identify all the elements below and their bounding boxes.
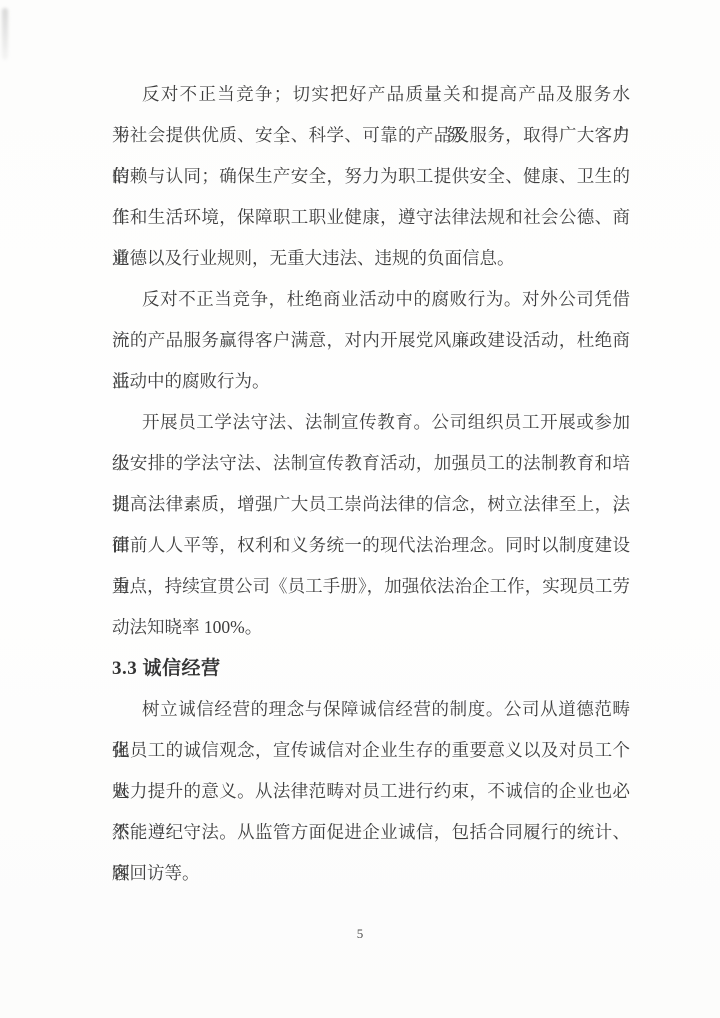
text-line: 反对不正当竞争；切实把好产品质量关和提高产品及服务水平，努力 — [112, 74, 630, 115]
paragraph: 开展员工学法守法、法制宣传教育。公司组织员工开展或参加上级安排的学法守法、法制宣… — [112, 402, 630, 648]
page-number: 5 — [0, 926, 720, 942]
text-line: 开展员工学法守法、法制宣传教育。公司组织员工开展或参加上 — [112, 402, 630, 443]
text-line: 作和生活环境，保障职工职业健康，遵守法律法规和社会公德、商业 — [112, 197, 630, 238]
paragraph: 树立诚信经营的理念与保障诚信经营的制度。公司从道德范畴强化员工的诚信观念，宣传诚… — [112, 689, 630, 894]
text-line: 化员工的诚信观念，宣传诚信对企业生存的重要意义以及对员工个人 — [112, 730, 630, 771]
text-line: 动法知晓率 100%。 — [112, 607, 630, 648]
text-content: 反对不正当竞争；切实把好产品质量关和提高产品及服务水平，努力为社会提供优质、安全… — [112, 74, 630, 894]
text-line: 面前人人平等，权利和义务统一的现代法治理念。同时以制度建设为 — [112, 525, 630, 566]
text-line: 流的产品服务赢得客户满意，对内开展党风廉政建设活动，杜绝商业 — [112, 320, 630, 361]
text-line: 信赖与认同；确保生产安全，努力为职工提供安全、健康、卫生的工 — [112, 156, 630, 197]
paragraph: 反对不正当竞争，杜绝商业活动中的腐败行为。对外公司凭借一流的产品服务赢得客户满意… — [112, 279, 630, 402]
scan-artifact-streak — [2, 8, 8, 60]
text-line: 道德以及行业规则，无重大违法、违规的负面信息。 — [112, 238, 630, 279]
paragraph: 反对不正当竞争；切实把好产品质量关和提高产品及服务水平，努力为社会提供优质、安全… — [112, 74, 630, 279]
text-line: 级安排的学法守法、法制宣传教育活动，加强员工的法制教育和培训， — [112, 443, 630, 484]
text-line: 活动中的腐败行为。 — [112, 361, 630, 402]
text-line: 魅力提升的意义。从法律范畴对员工进行约束，不诚信的企业也必然 — [112, 771, 630, 812]
text-line: 为社会提供优质、安全、科学、可靠的产品及服务，取得广大客户的 — [112, 115, 630, 156]
text-line: 提高法律素质，增强广大员工崇尚法律的信念，树立法律至上，法律 — [112, 484, 630, 525]
text-line: 重点，持续宣贯公司《员工手册》，加强依法治企工作，实现员工劳 — [112, 566, 630, 607]
text-line: 客回访等。 — [112, 853, 630, 894]
document-page: 反对不正当竞争；切实把好产品质量关和提高产品及服务水平，努力为社会提供优质、安全… — [0, 0, 720, 1018]
text-line: 树立诚信经营的理念与保障诚信经营的制度。公司从道德范畴强 — [112, 689, 630, 730]
section-heading: 3.3 诚信经营 — [112, 648, 630, 689]
text-line: 不能遵纪守法。从监管方面促进企业诚信，包括合同履行的统计、顾 — [112, 812, 630, 853]
text-line: 反对不正当竞争，杜绝商业活动中的腐败行为。对外公司凭借一 — [112, 279, 630, 320]
